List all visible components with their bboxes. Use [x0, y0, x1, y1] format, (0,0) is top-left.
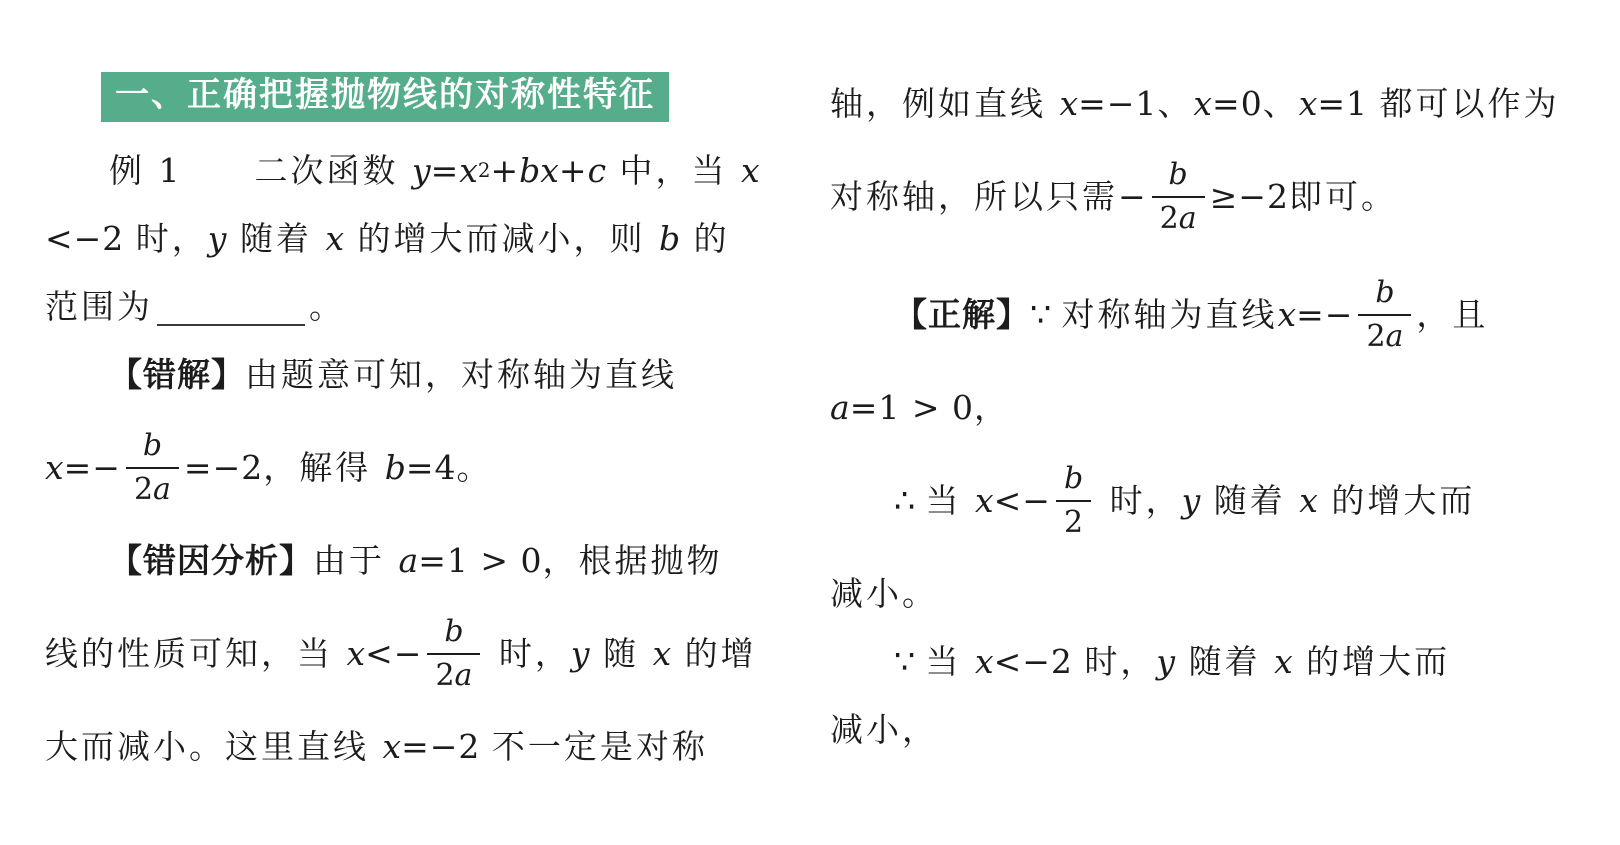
math-text: =−2	[184, 447, 263, 488]
math-variable: b	[1375, 275, 1394, 310]
chinese-text: 时，	[1096, 480, 1182, 521]
math-variable: y	[208, 218, 227, 259]
math-variable: x	[1060, 83, 1079, 124]
math-variable: x	[975, 480, 994, 521]
error-analysis-line-1: 【错因分析】由于 a=1 > 0，根据抛物	[45, 539, 717, 583]
logic-symbol: ∵	[1030, 294, 1062, 335]
chinese-text: 范围为	[45, 286, 153, 327]
math-variable: x	[741, 150, 760, 191]
math-variable: a	[455, 658, 473, 693]
textbook-page: 一、正确把握抛物线的对称性特征 例 1 二次函数 y=x2+bx+c 中，当 x…	[0, 0, 1620, 845]
math-variable: c	[588, 150, 606, 191]
correct-solution-line-2: a=1 > 0，	[830, 386, 1520, 430]
chinese-text: 的增大而	[1293, 641, 1451, 682]
math-text: =−	[1296, 294, 1353, 335]
correct-solution-line-4: 减小。	[830, 572, 1520, 616]
chinese-text: ，且	[1416, 294, 1488, 335]
section-header: 一、正确把握抛物线的对称性特征	[101, 72, 669, 122]
fraction: b2a	[126, 428, 179, 508]
math-variable: bx	[519, 150, 559, 191]
math-variable: b	[659, 218, 680, 259]
math-variable: x	[975, 641, 994, 682]
math-variable: x	[1299, 83, 1318, 124]
chinese-text: 时，	[485, 633, 571, 674]
fraction-denominator: 2a	[1152, 196, 1205, 237]
math-variable: b	[1169, 157, 1188, 192]
chinese-text: 线的性质可知，当	[45, 633, 347, 674]
math-text: =	[431, 150, 460, 191]
chinese-text: 对称轴为直线	[1062, 294, 1278, 335]
bold-label: 【错因分析】	[109, 540, 313, 581]
math-text: =0	[1212, 83, 1263, 124]
chinese-text: 随着	[226, 218, 325, 259]
math-variable: a	[153, 472, 171, 507]
math-variable: b	[444, 614, 463, 649]
fraction-numerator: b	[1367, 275, 1402, 314]
fraction: b2	[1056, 461, 1091, 541]
fraction: b2a	[1358, 275, 1411, 355]
chinese-text: 当	[926, 480, 976, 521]
correct-solution-line-6: 减小，	[830, 708, 1520, 752]
math-variable: x	[459, 150, 478, 191]
math-variable: x	[45, 447, 64, 488]
answer-blank	[157, 288, 305, 326]
chinese-text: 即可。	[1289, 176, 1397, 217]
right-column-lines: 轴，例如直线 x=−1、x=0、x=1 都可以作为对称轴，所以只需−b2a≥−2…	[830, 82, 1520, 752]
fraction-denominator: 2	[1056, 500, 1091, 541]
math-text: <−2	[45, 218, 136, 259]
error-analysis-line-4: 轴，例如直线 x=−1、x=0、x=1 都可以作为	[830, 82, 1520, 126]
fraction-numerator: b	[135, 428, 170, 467]
wrong-solution-line-2: x=−b2a=−2，解得 b=4。	[45, 421, 717, 515]
math-text: +	[491, 150, 520, 191]
math-variable: b	[143, 428, 162, 463]
chinese-text: 中，当	[606, 150, 741, 191]
math-text: <−	[365, 633, 422, 674]
fraction: b2a	[427, 614, 480, 694]
left-column-lines: 例 1 二次函数 y=x2+bx+c 中，当 x<−2 时，y 随着 x 的增大…	[45, 149, 717, 769]
math-text: =−2	[401, 726, 492, 767]
math-variable: y	[412, 150, 431, 191]
fraction-numerator: b	[436, 614, 471, 653]
chinese-text: 。	[457, 447, 493, 488]
correct-solution-line-1: 【正解】∵ 对称轴为直线x=−b2a，且	[830, 268, 1520, 362]
right-column: 轴，例如直线 x=−1、x=0、x=1 都可以作为对称轴，所以只需−b2a≥−2…	[830, 0, 1520, 776]
chinese-text: ，根据抛物	[542, 540, 722, 581]
math-variable: a	[1179, 201, 1197, 236]
math-variable: x	[347, 633, 366, 674]
error-analysis-line-5: 对称轴，所以只需−b2a≥−2即可。	[830, 150, 1520, 244]
error-analysis-line-3: 大而减小。这里直线 x=−2 不一定是对称	[45, 725, 717, 769]
math-text: =−1	[1078, 83, 1157, 124]
chinese-text: 减小，	[830, 709, 938, 750]
fraction: b2a	[1152, 157, 1205, 237]
chinese-text: 的	[680, 218, 730, 259]
problem-statement-line-2: <−2 时，y 随着 x 的增大而减小，则 b 的	[45, 217, 717, 261]
math-variable: b	[385, 447, 406, 488]
error-analysis-line-2: 线的性质可知，当 x<−b2a 时，y 随 x 的增	[45, 607, 717, 701]
bold-label: 【错解】	[109, 354, 245, 395]
chinese-text: 例 1 二次函数	[109, 150, 412, 191]
chinese-text: 。	[309, 286, 345, 327]
chinese-text: 减小。	[830, 573, 938, 614]
chinese-text: 时，	[1084, 641, 1156, 682]
math-text: =−	[64, 447, 121, 488]
wrong-solution-line-1: 【错解】由题意可知，对称轴为直线	[45, 353, 717, 397]
math-variable: y	[571, 633, 590, 674]
chinese-text: 随	[590, 633, 653, 674]
math-variable: a	[399, 540, 419, 581]
chinese-text: 随着	[1175, 641, 1274, 682]
math-text: =1 > 0	[418, 540, 542, 581]
math-text: <−	[994, 480, 1051, 521]
chinese-text: ，	[974, 387, 1010, 428]
chinese-text: 、	[1263, 83, 1299, 124]
math-text: −	[1118, 176, 1147, 217]
chinese-text: 对称轴，所以只需	[830, 176, 1118, 217]
math-text: =4	[406, 447, 457, 488]
fraction-denominator: 2a	[427, 653, 480, 694]
chinese-text: 轴，例如直线	[830, 83, 1060, 124]
logic-symbol: ∴	[894, 480, 926, 521]
chinese-text: 随着	[1200, 480, 1299, 521]
math-variable: a	[830, 387, 850, 428]
chinese-text: 由题意可知，对称轴为直线	[245, 354, 677, 395]
math-variable: y	[1182, 480, 1201, 521]
math-variable: x	[383, 726, 402, 767]
fraction-denominator: 2a	[1358, 314, 1411, 355]
left-column: 一、正确把握抛物线的对称性特征 例 1 二次函数 y=x2+bx+c 中，当 x…	[45, 0, 717, 793]
math-text: +	[559, 150, 588, 191]
math-variable: x	[1278, 294, 1297, 335]
chinese-text: 的增	[671, 633, 757, 674]
chinese-text: 的增大而	[1318, 480, 1476, 521]
math-variable: x	[1299, 480, 1318, 521]
correct-solution-line-3: ∴ 当 x<−b2 时，y 随着 x 的增大而	[830, 454, 1520, 548]
chinese-text: 的增大而减小，则	[344, 218, 659, 259]
chinese-text: 时，	[136, 218, 208, 259]
math-variable: b	[1064, 461, 1083, 496]
math-variable: x	[1193, 83, 1212, 124]
math-variable: x	[653, 633, 672, 674]
problem-statement-line-3: 范围为。	[45, 285, 717, 329]
math-text: <−2	[994, 641, 1085, 682]
math-text: ≥−2	[1210, 176, 1289, 217]
problem-statement-line-1: 例 1 二次函数 y=x2+bx+c 中，当 x	[45, 149, 717, 193]
fraction-denominator: 2a	[126, 467, 179, 508]
section-header-text: 一、正确把握抛物线的对称性特征	[115, 75, 655, 115]
math-text: =1 > 0	[850, 387, 974, 428]
logic-symbol: ∵	[894, 641, 926, 682]
fraction-numerator: b	[1056, 461, 1091, 500]
math-text: =1	[1317, 83, 1379, 124]
chinese-text: ，解得	[263, 447, 385, 488]
chinese-text: 大而减小。这里直线	[45, 726, 383, 767]
math-variable: x	[325, 218, 344, 259]
chinese-text: 都可以作为	[1379, 83, 1559, 124]
chinese-text: 、	[1157, 83, 1193, 124]
math-variable: y	[1156, 641, 1175, 682]
chinese-text: 当	[926, 641, 976, 682]
bold-label: 【正解】	[894, 294, 1030, 335]
correct-solution-line-5: ∵ 当 x<−2 时，y 随着 x 的增大而	[830, 640, 1520, 684]
math-variable: x	[1274, 641, 1293, 682]
chinese-text: 由于	[313, 540, 399, 581]
math-variable: a	[1386, 319, 1404, 354]
chinese-text: 不一定是对称	[492, 726, 708, 767]
fraction-numerator: b	[1161, 157, 1196, 196]
